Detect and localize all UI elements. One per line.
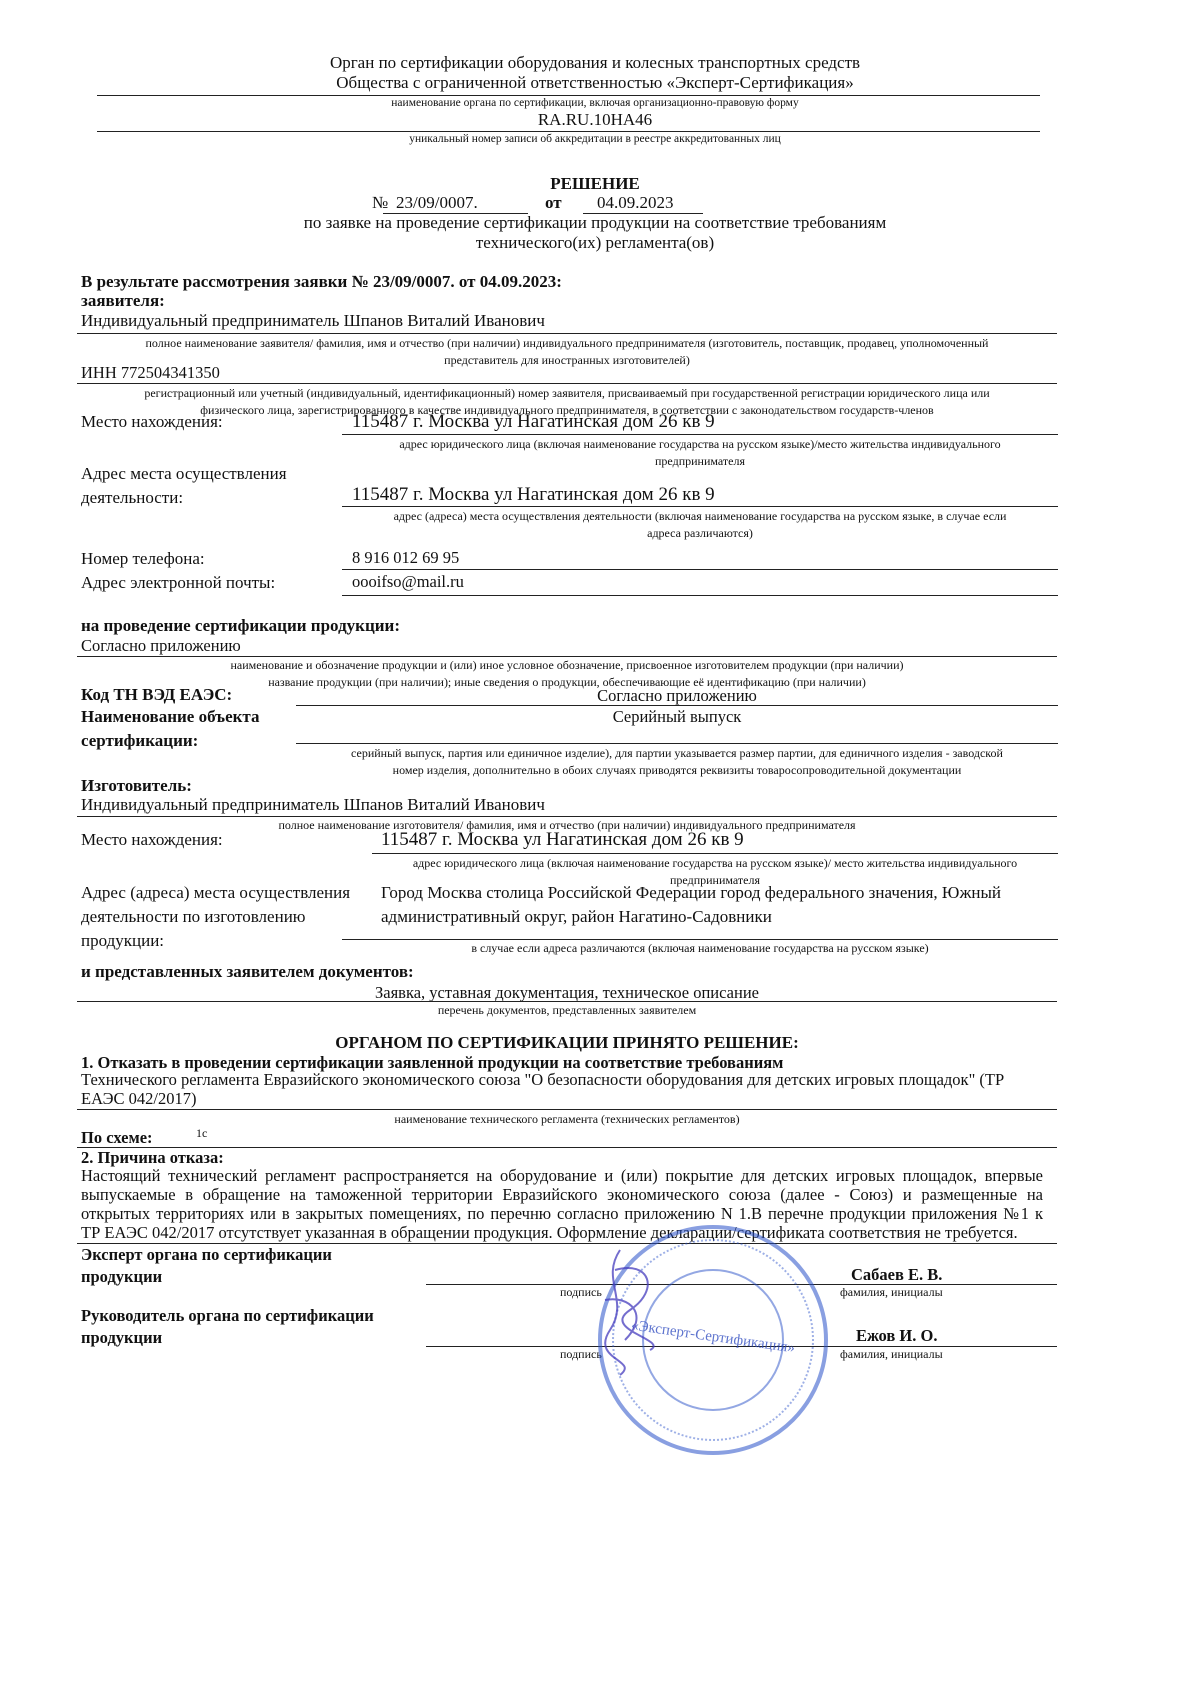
accreditation-caption: уникальный номер записи об аккредитации … [90, 133, 1100, 145]
org-name-line1: Орган по сертификации оборудования и кол… [90, 53, 1100, 73]
divider [77, 1109, 1057, 1110]
manufacturer-location-label: Место нахождения: [81, 828, 223, 852]
divider [372, 853, 1058, 854]
production-address-label: Адрес (адреса) места осуществления деяте… [81, 881, 350, 953]
production-address: Город Москва столица Российской Федераци… [381, 881, 1001, 929]
tnved-label: Код ТН ВЭД ЕАЭС: [81, 685, 232, 705]
org-name-line2: Общества с ограниченной ответственностью… [90, 73, 1100, 93]
manufacturer-location: 115487 г. Москва ул Нагатинская дом 26 к… [381, 829, 744, 851]
scheme-value: 1с [196, 1126, 207, 1141]
documents-label: и представленных заявителем документов: [81, 962, 414, 982]
regulation-caption: наименование технического регламента (те… [77, 1111, 1057, 1128]
activity-label: Адрес места осуществления деятельности: [81, 462, 287, 510]
divider [342, 595, 1058, 596]
divider [342, 506, 1058, 507]
application-intro: В результате рассмотрения заявки № 23/09… [81, 272, 562, 292]
applicant-email: oooifso@mail.ru [352, 572, 464, 592]
divider [97, 131, 1040, 132]
object-label: Наименование объекта сертификации: [81, 705, 259, 753]
regulation-name: Технического регламента Евразийского эко… [81, 1070, 1004, 1108]
expert-label: Эксперт органа по сертификации продукции [81, 1244, 332, 1288]
manufacturer-label: Изготовитель: [81, 776, 192, 796]
email-label: Адрес электронной почты: [81, 571, 275, 595]
production-caption: в случае если адреса различаются (включа… [342, 940, 1058, 957]
documents-value: Заявка, уставная документация, техническ… [77, 983, 1057, 1003]
applicant-name: Индивидуальный предприниматель Шпанов Ви… [81, 311, 545, 331]
applicant-location: 115487 г. Москва ул Нагатинская дом 26 к… [352, 411, 715, 433]
divider [342, 434, 1058, 435]
divider [342, 569, 1058, 570]
expert-name: Сабаев Е. В. [851, 1265, 942, 1285]
object-caption: серийный выпуск, партия или единичное из… [296, 745, 1058, 779]
location-caption: адрес юридического лица (включая наимено… [342, 436, 1058, 470]
applicant-phone: 8 916 012 69 95 [352, 548, 459, 568]
activity-caption: адрес (адреса) места осуществления деяте… [342, 508, 1058, 542]
head-name: Ежов И. О. [856, 1326, 937, 1346]
tnved-value: Согласно приложению [296, 686, 1058, 706]
applicant-label: заявителя: [81, 291, 165, 311]
decision-date: 04.09.2023 [597, 193, 674, 213]
product-label: на проведение сертификации продукции: [81, 616, 400, 636]
number-label: № [372, 193, 388, 213]
refusal-reason: Настоящий технический регламент распрост… [81, 1166, 1043, 1242]
decision-heading: ОРГАНОМ ПО СЕРТИФИКАЦИИ ПРИНЯТО РЕШЕНИЕ: [77, 1033, 1057, 1053]
phone-label: Номер телефона: [81, 547, 205, 571]
object-value: Серийный выпуск [296, 707, 1058, 727]
applicant-activity-address: 115487 г. Москва ул Нагатинская дом 26 к… [352, 484, 715, 506]
applicant-inn: ИНН 772504341350 [81, 363, 220, 383]
product-value: Согласно приложению [81, 636, 241, 656]
document-title: РЕШЕНИЕ [90, 174, 1100, 194]
divider [97, 95, 1040, 96]
scheme-label: По схеме: [81, 1128, 153, 1148]
manufacturer-name: Индивидуальный предприниматель Шпанов Ви… [81, 795, 545, 815]
divider [296, 743, 1058, 744]
location-label: Место нахождения: [81, 410, 223, 434]
subtitle-line2: технического(их) регламента(ов) [90, 233, 1100, 253]
org-caption: наименование органа по сертификации, вкл… [90, 97, 1100, 109]
divider [296, 705, 1058, 706]
applicant-name-caption: полное наименование заявителя/ фамилия, … [77, 335, 1057, 369]
signature-icon [590, 1240, 690, 1380]
divider [77, 333, 1057, 334]
subtitle-line1: по заявке на проведение сертификации про… [90, 213, 1100, 233]
refusal-reason-label: 2. Причина отказа: [81, 1148, 224, 1168]
documents-caption: перечень документов, представленных заяв… [77, 1002, 1057, 1019]
head-label: Руководитель органа по сертификации прод… [81, 1305, 374, 1349]
head-name-caption: фамилия, инициалы [840, 1347, 943, 1362]
divider [77, 1147, 1057, 1148]
decision-number: 23/09/0007. [396, 193, 478, 213]
accreditation-number: RA.RU.10HA46 [90, 110, 1100, 130]
divider [77, 383, 1057, 384]
date-label: от [545, 193, 562, 213]
expert-name-caption: фамилия, инициалы [840, 1285, 943, 1300]
